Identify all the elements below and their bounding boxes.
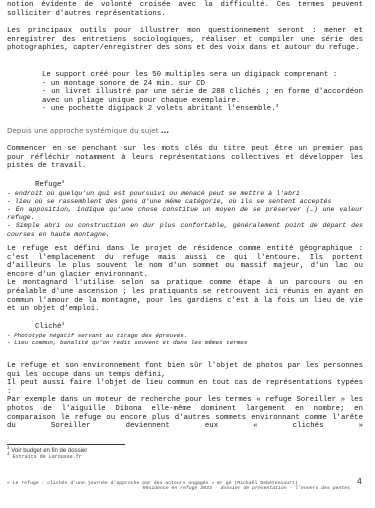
refuge-paragraph-2: Le montagnard l'utilise selon sa pratiqu… — [7, 279, 363, 313]
footer-line-1: « Le refuge : clichés d'une journée d'ap… — [7, 477, 362, 486]
refuge-definition: Refuge4 - endroit où quelqu'un qui est p… — [7, 181, 363, 239]
footnote-ref-3[interactable]: 3 — [276, 104, 279, 109]
refuge-def-2: - lieu où se rassemblent des gens d'une … — [7, 198, 363, 206]
footnote-ref-4[interactable]: 4 — [61, 180, 64, 185]
cliche-definition: Cliché4 - Phototype négatif servant au t… — [7, 323, 363, 347]
cliche-paragraph-3: Par exemple dans un moteur de recherche … — [7, 396, 363, 430]
cliche-def-2: - Lieu commun, banalité qu'on redit souv… — [7, 339, 363, 347]
intro-paragraph-1: notion évidente de volonté croisée avec … — [7, 1, 363, 18]
cliche-paragraph-2: Il peut aussi faire l'objet de lieu comm… — [7, 379, 363, 396]
cliche-text: Le refuge et son environnement font bien… — [7, 362, 363, 431]
support-item-2: - un livret illustré par une série de 28… — [42, 88, 363, 105]
footer-line-2: Résidence en refuge 2023 - dossier de pr… — [7, 486, 362, 491]
footnote-4: 4 Extraits de Larousse.fr — [7, 454, 363, 460]
page-footer: « Le refuge : clichés d'une journée d'ap… — [7, 477, 362, 491]
footnote-separator — [7, 444, 125, 445]
refuge-def-4: - Simple abri ou construction en dur plu… — [7, 222, 363, 238]
support-lead: Le support créé pour les 50 multiples se… — [42, 71, 363, 80]
cliche-term: Cliché4 — [7, 323, 363, 332]
refuge-def-1: - endroit où quelqu'un qui est poursuivi… — [7, 190, 363, 198]
footnote-ref-4b[interactable]: 4 — [61, 322, 64, 327]
intro-paragraph-2: Les principaux outils pour illustrer mon… — [7, 27, 363, 53]
support-item-3: - une pochette digipack 2 volets abritan… — [42, 105, 363, 114]
refuge-def-3: - En apposition, indique qu'une chose co… — [7, 206, 363, 222]
footnotes: 3 Voir budget en fin de dossier 4 Extrai… — [7, 448, 363, 460]
cliche-paragraph-1: Le refuge et son environnement font bien… — [7, 362, 363, 379]
support-item-1: - un montage sonore de 24 min. sur CD — [42, 80, 363, 89]
page-number: 4 — [357, 477, 362, 486]
refuge-term: Refuge4 — [7, 181, 363, 190]
section-heading: Depuis une approche systémique du sujet … — [7, 127, 363, 135]
refuge-text: Le refuge est défini dans le projet de r… — [7, 245, 363, 314]
refuge-paragraph-1: Le refuge est défini dans le projet de r… — [7, 245, 363, 279]
cliche-def-1: - Phototype négatif servant au tirage de… — [7, 332, 363, 340]
support-block: Le support créé pour les 50 multiples se… — [7, 71, 363, 114]
approach-paragraph: Commencer en se penchant sur les mots cl… — [7, 145, 363, 171]
